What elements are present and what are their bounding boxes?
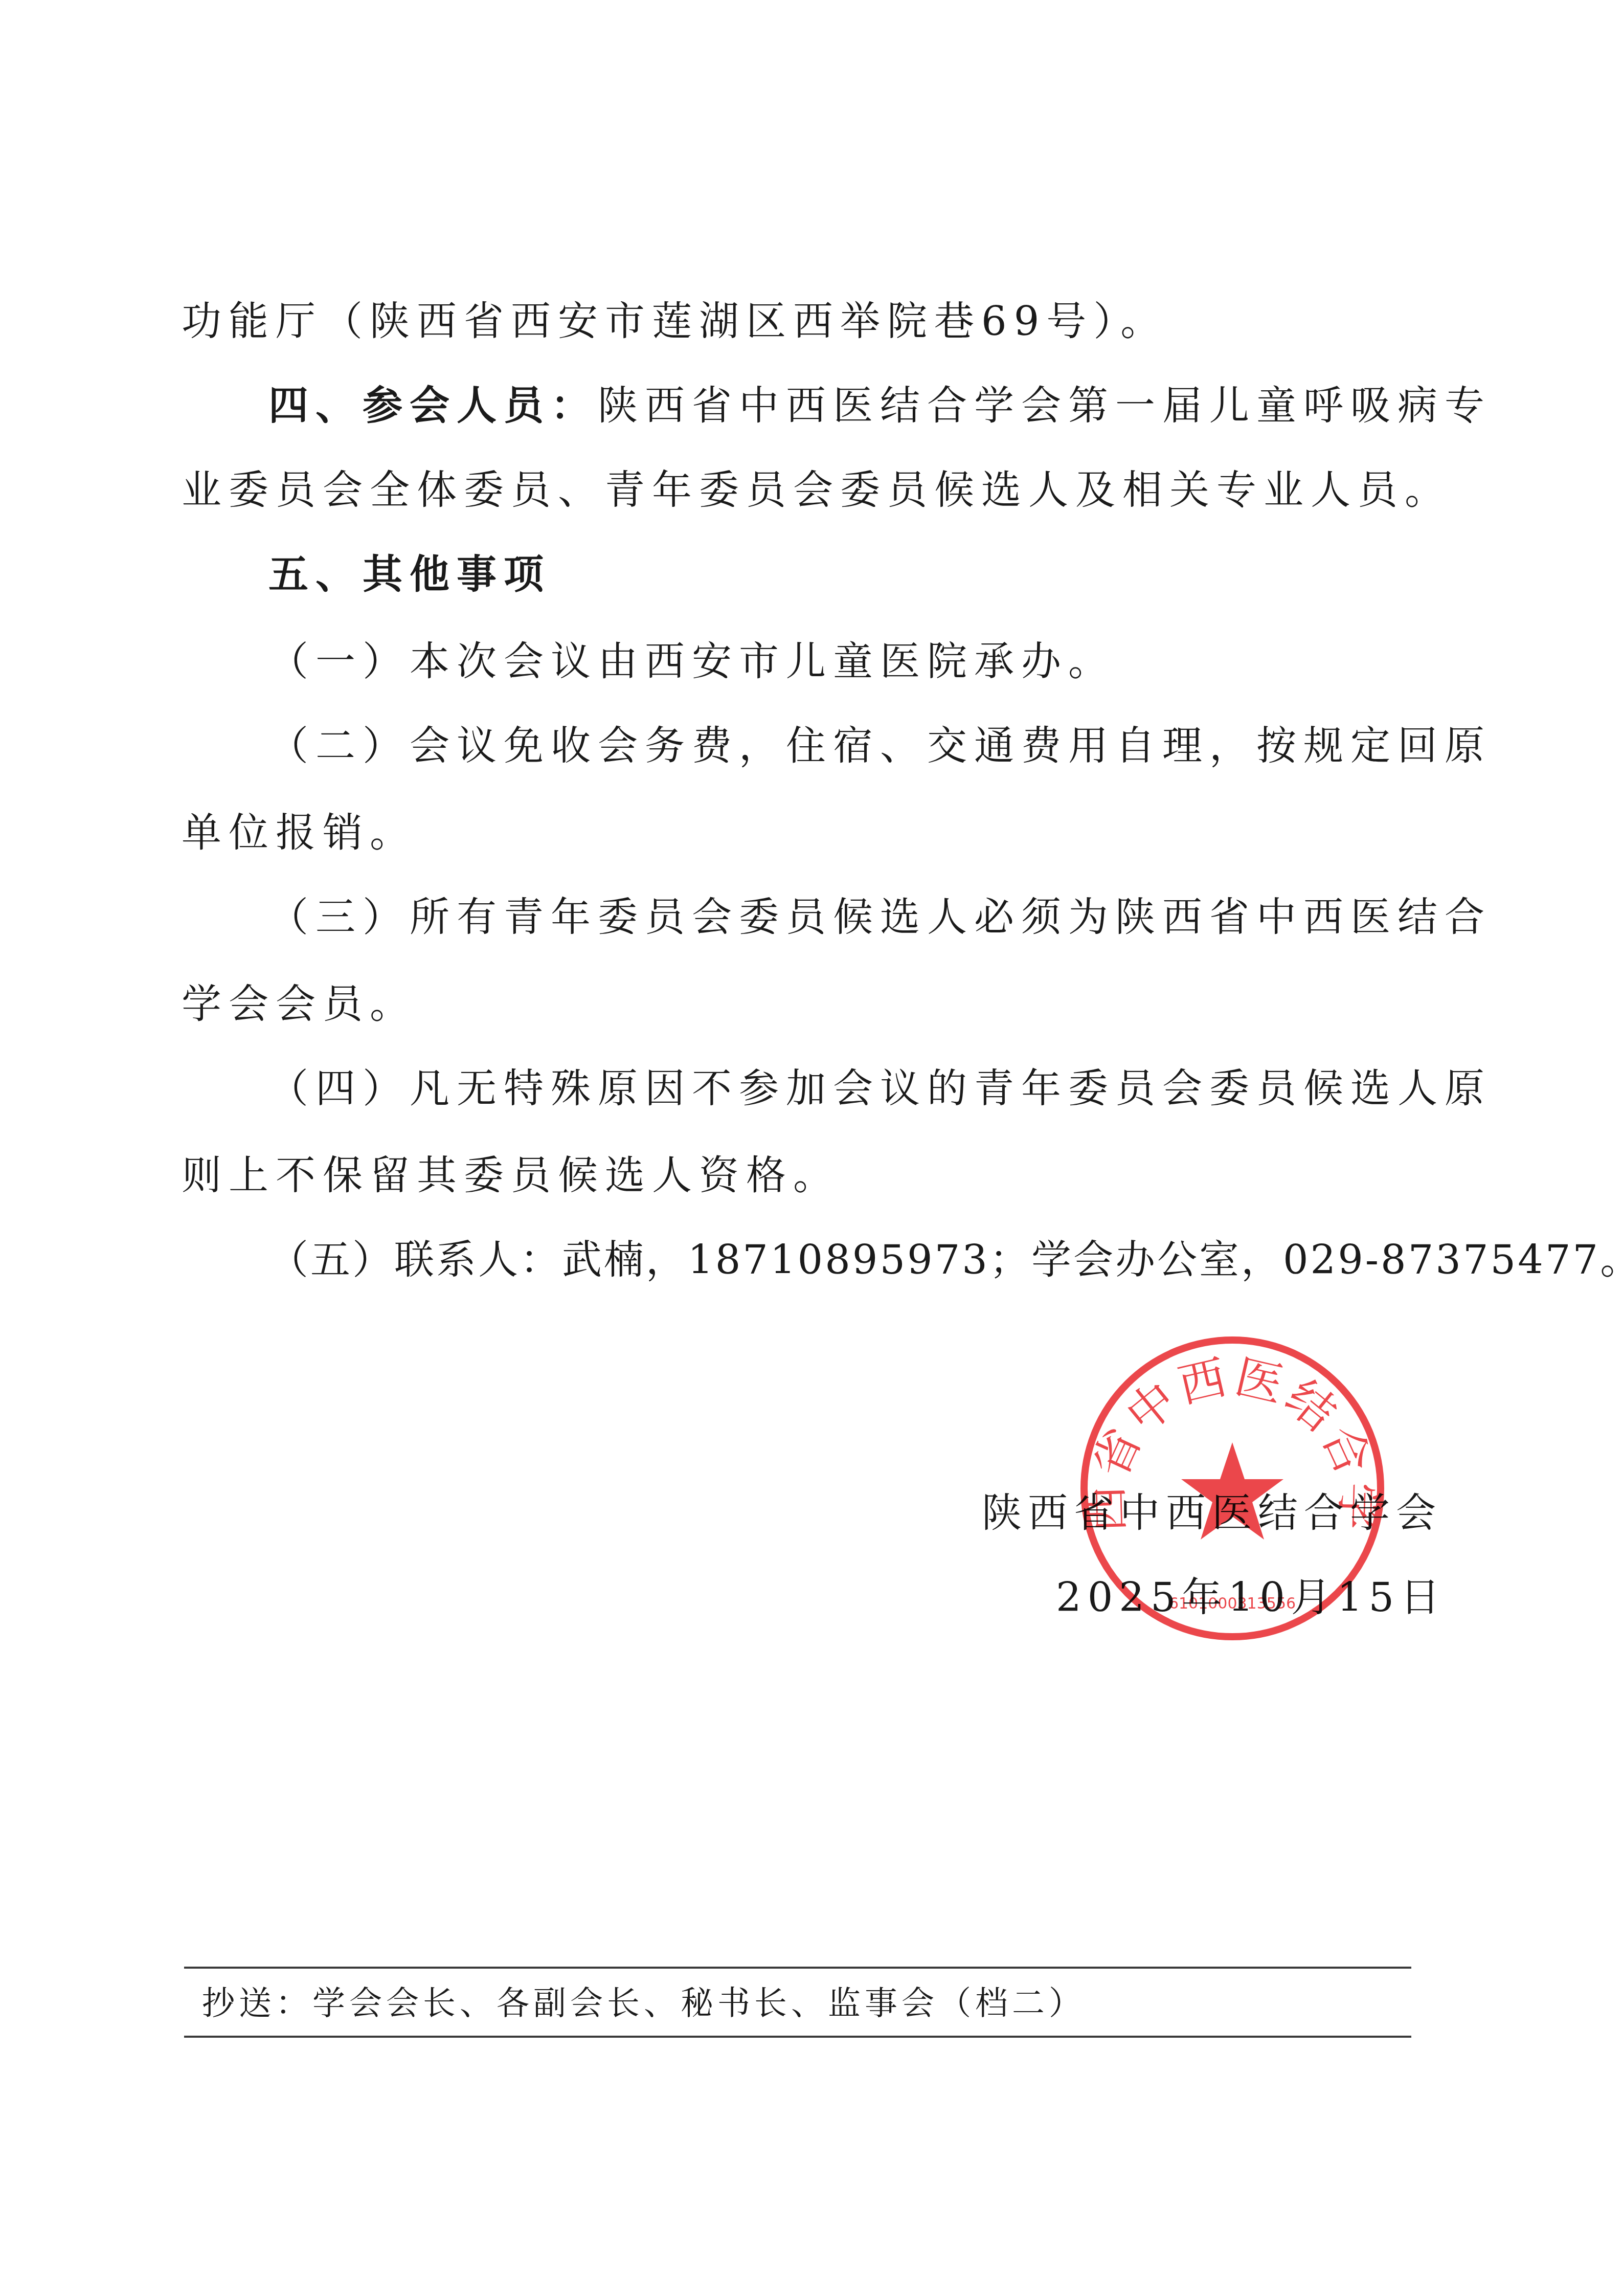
cc-bottom-divider [184,2036,1411,2038]
item-2-line2: 单位报销。 [182,813,417,853]
svg-text:6101000313556: 6101000313556 [1169,1595,1296,1613]
item-5-contact: （五）联系人：武楠，18710895973；学会办公室，029-87375477… [268,1240,1623,1280]
item-4-line1: （四）凡无特殊原因不参加会议的青年委员会委员候选人原 [268,1069,1492,1109]
item-3-line1: （三）所有青年委员会委员候选人必须为陕西省中西医结合 [268,898,1492,938]
item-3-line2: 学会会员。 [182,985,417,1024]
section-4-line2: 业委员会全体委员、青年委员会委员候选人及相关专业人员。 [182,471,1452,510]
item-2-line1: （二）会议免收会务费，住宿、交通费用自理，按规定回原 [268,726,1492,766]
official-seal-icon: 陕西省中西医结合学会 6101000313556 [1074,1330,1391,1647]
section-4-text: 陕西省中西医结合学会第一届儿童呼吸病专 [598,383,1492,429]
item-1: （一）本次会议由西安市儿童医院承办。 [268,642,1115,682]
cc-line: 抄送：学会会长、各副会长、秘书长、监事会（档二） [202,1987,1086,2020]
section-5-heading: 五、其他事项 [268,555,551,595]
section-4-heading: 四、参会人员： [268,383,598,429]
item-4-line2: 则上不保留其委员候选人资格。 [182,1156,840,1196]
cc-top-divider [184,1967,1411,1969]
cc-recipients: 学会会长、各副会长、秘书长、监事会（档二） [312,1985,1086,2022]
cc-label: 抄送： [202,1985,312,2022]
venue-continued-line: 功能厅（陕西省西安市莲湖区西举院巷69号）。 [182,302,1167,342]
section-4-paragraph: 四、参会人员：陕西省中西医结合学会第一届儿童呼吸病专 [268,386,1492,426]
